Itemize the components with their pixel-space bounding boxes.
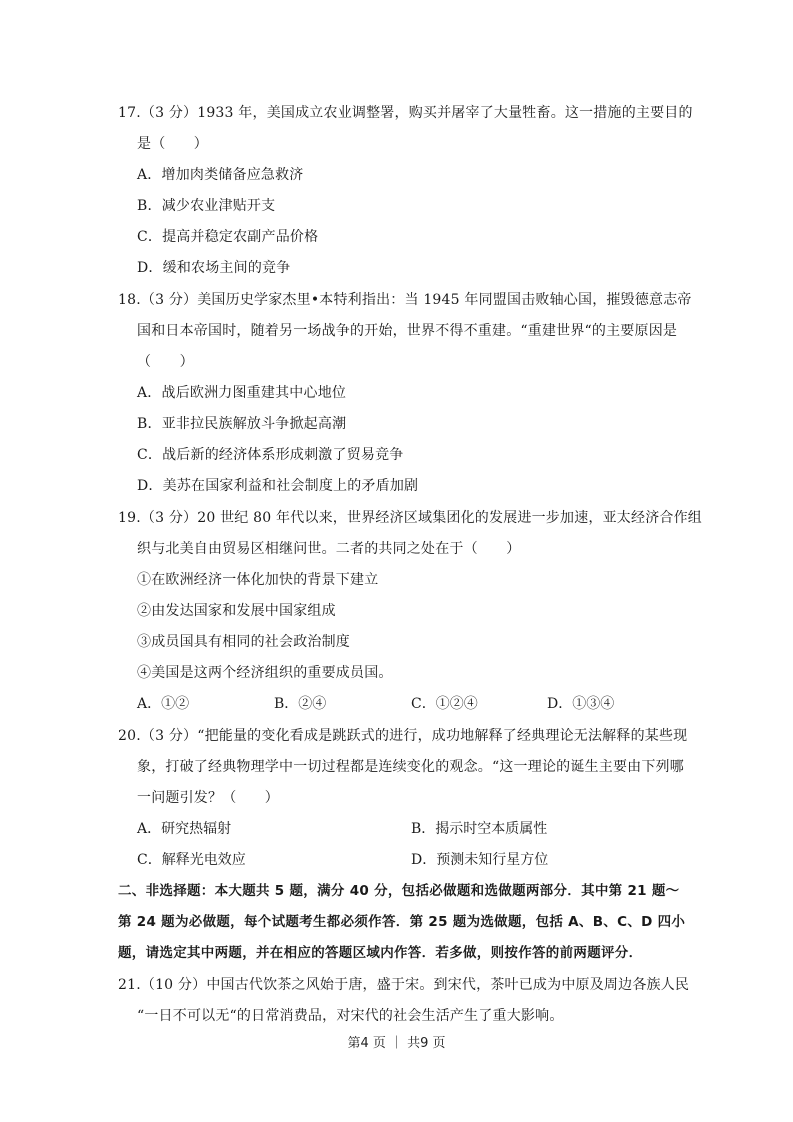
question-19-stem-line-2: 织与北美自由贸易区相继问世。二者的共同之处在于（ ）: [137, 540, 520, 558]
exam-page: 17.（3 分）1933 年，美国成立农业调整署，购买并屠宰了大量牲畜。这一措施…: [0, 0, 793, 1122]
question-19-statement-2: ②由发达国家和发展中国家组成: [137, 602, 336, 620]
question-20-option-d: D．预测未知行星方位: [411, 851, 548, 869]
question-17-stem-line-2: 是（ ）: [137, 135, 208, 153]
section-2-line-2: 第 24 题为必做题，每个试题考生都必须作答．第 25 题为选做题，包括 A、B…: [118, 913, 685, 931]
question-20-option-c: C．解释光电效应: [137, 851, 246, 869]
question-18-option-c: C．战后新的经济体系形成刺激了贸易竞争: [137, 446, 404, 464]
question-19-option-a: A．①②: [137, 695, 189, 713]
question-19-statement-1: ①在欧洲经济一体化加快的背景下建立: [137, 571, 378, 589]
question-20-stem-line-2: 象，打破了经典物理学中一切过程都是连续变化的观念。“这一理论的诞生主要由下列哪: [137, 758, 684, 776]
question-19-option-d: D．①③④: [547, 695, 614, 713]
question-19-stem-line-1: 19.（3 分）20 世纪 80 年代以来，世界经济区域集团化的发展进一步加速，…: [118, 509, 702, 527]
question-21-stem-line-1: 21.（10 分）中国古代饮茶之风始于唐，盛于宋。到宋代，茶叶已成为中原及周边各…: [118, 976, 689, 994]
question-20-option-a: A．研究热辐射: [137, 820, 231, 838]
question-18-option-d: D．美苏在国家利益和社会制度上的矛盾加剧: [137, 477, 418, 495]
question-17-stem-line-1: 17.（3 分）1933 年，美国成立农业调整署，购买并屠宰了大量牲畜。这一措施…: [118, 104, 693, 122]
question-17-option-d: D．缓和农场主间的竞争: [137, 259, 290, 277]
question-19-option-c: C．①②④: [411, 695, 478, 713]
question-20-stem-line-3: 一问题引发？（ ）: [137, 789, 279, 807]
page-number-footer: 第4 页 ｜ 共9 页: [0, 1036, 793, 1052]
question-18-stem-line-2: 国和日本帝国时，随着另一场战争的开始，世界不得不重建。“重建世界“的主要原因是: [137, 322, 677, 340]
question-20-option-b: B．揭示时空本质属性: [411, 820, 547, 838]
question-21-stem-line-2: “一日不可以无“的日常消费品，对宋代的社会生活产生了重大影响。: [137, 1007, 564, 1025]
question-18-stem-line-1: 18.（3 分）美国历史学家杰里•本特利指出：当 1945 年同盟国击败轴心国，…: [118, 291, 692, 309]
question-17-option-c: C．提高并稳定农副产品价格: [137, 228, 318, 246]
question-17-option-a: A．增加肉类储备应急救济: [137, 166, 304, 184]
question-19-option-b: B．②④: [274, 695, 326, 713]
question-19-statement-4: ④美国是这两个经济组织的重要成员国。: [137, 664, 393, 682]
question-18-option-b: B．亚非拉民族解放斗争掀起高潮: [137, 415, 346, 433]
question-17-option-b: B．减少农业津贴开支: [137, 197, 275, 215]
section-2-line-3: 题，请选定其中两题，并在相应的答题区域内作答．若多做，则按作答的前两题评分．: [118, 944, 642, 962]
question-19-statement-3: ③成员国具有相同的社会政治制度: [137, 633, 350, 651]
section-2-line-1: 二、非选择题：本大题共 5 题，满分 40 分，包括必做题和选做题两部分．其中第…: [118, 882, 679, 900]
question-20-stem-line-1: 20.（3 分）“把能量的变化看成是跳跃式的进行，成功地解释了经典理论无法解释的…: [118, 727, 687, 745]
question-18-option-a: A．战后欧洲力图重建其中心地位: [137, 384, 346, 402]
question-18-stem-line-3: （ ）: [137, 353, 194, 371]
